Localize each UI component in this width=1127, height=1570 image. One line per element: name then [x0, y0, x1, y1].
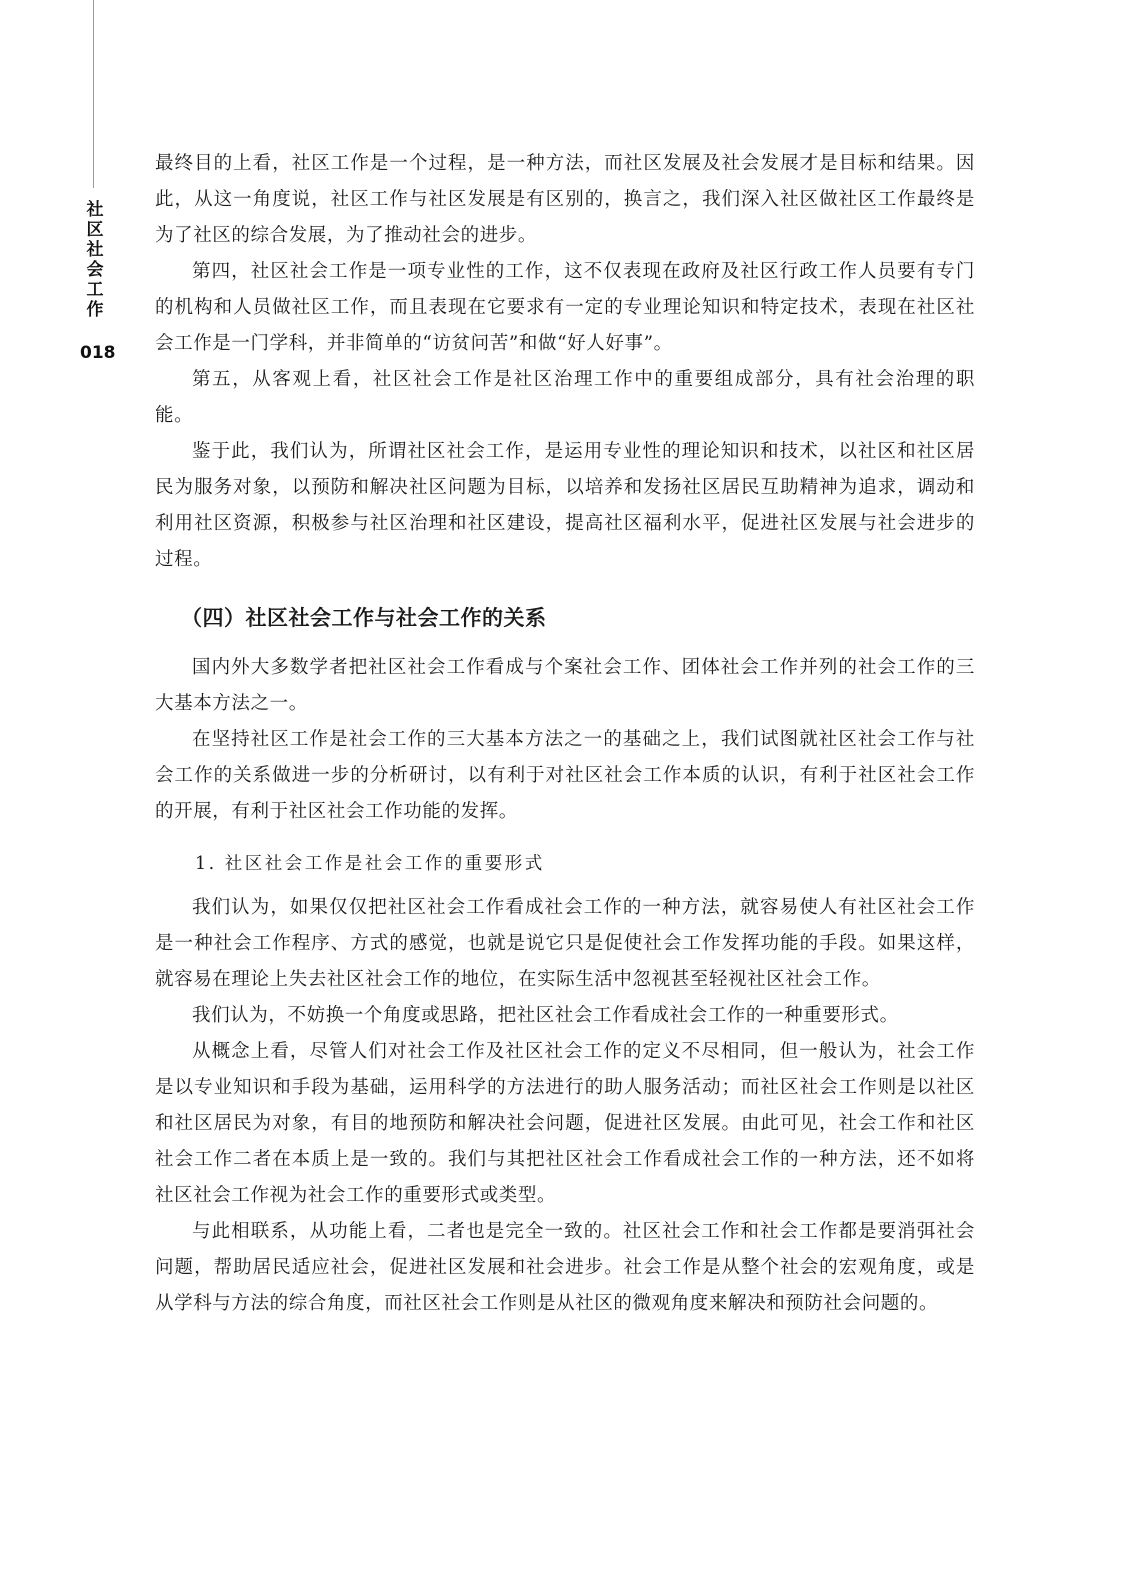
paragraph: 与此相联系，从功能上看，二者也是完全一致的。社区社会工作和社会工作都是要消弭社会…: [155, 1214, 975, 1322]
paragraph: 我们认为，不妨换一个角度或思路，把社区社会工作看成社会工作的一种重要形式。: [155, 998, 975, 1034]
paragraph: 鉴于此，我们认为，所谓社区社会工作，是运用专业性的理论知识和技术，以社区和社区居…: [155, 434, 975, 578]
paragraph: 第五，从客观上看，社区社会工作是社区治理工作中的重要组成部分，具有社会治理的职能…: [155, 362, 975, 434]
paragraph: 我们认为，如果仅仅把社区社会工作看成社会工作的一种方法，就容易使人有社区社会工作…: [155, 890, 975, 998]
paragraph: 在坚持社区工作是社会工作的三大基本方法之一的基础之上，我们试图就社区社会工作与社…: [155, 722, 975, 830]
paragraph: 第四，社区社会工作是一项专业性的工作，这不仅表现在政府及社区行政工作人员要有专门…: [155, 254, 975, 362]
margin-rule-line: [93, 0, 94, 188]
paragraph: 从概念上看，尽管人们对社会工作及社区社会工作的定义不尽相同，但一般认为，社会工作…: [155, 1034, 975, 1214]
paragraph: 最终目的上看，社区工作是一个过程，是一种方法，而社区发展及社会发展才是目标和结果…: [155, 146, 975, 254]
paragraph: 国内外大多数学者把社区社会工作看成与个案社会工作、团体社会工作并列的社会工作的三…: [155, 650, 975, 722]
page-body: 最终目的上看，社区工作是一个过程，是一种方法，而社区发展及社会发展才是目标和结果…: [155, 146, 975, 1322]
subsection-heading: 1. 社区社会工作是社会工作的重要形式: [155, 846, 975, 882]
running-title: 社区社会工作: [86, 200, 104, 320]
section-heading: （四）社区社会工作与社会工作的关系: [155, 600, 975, 636]
page-number: 018: [80, 343, 116, 363]
